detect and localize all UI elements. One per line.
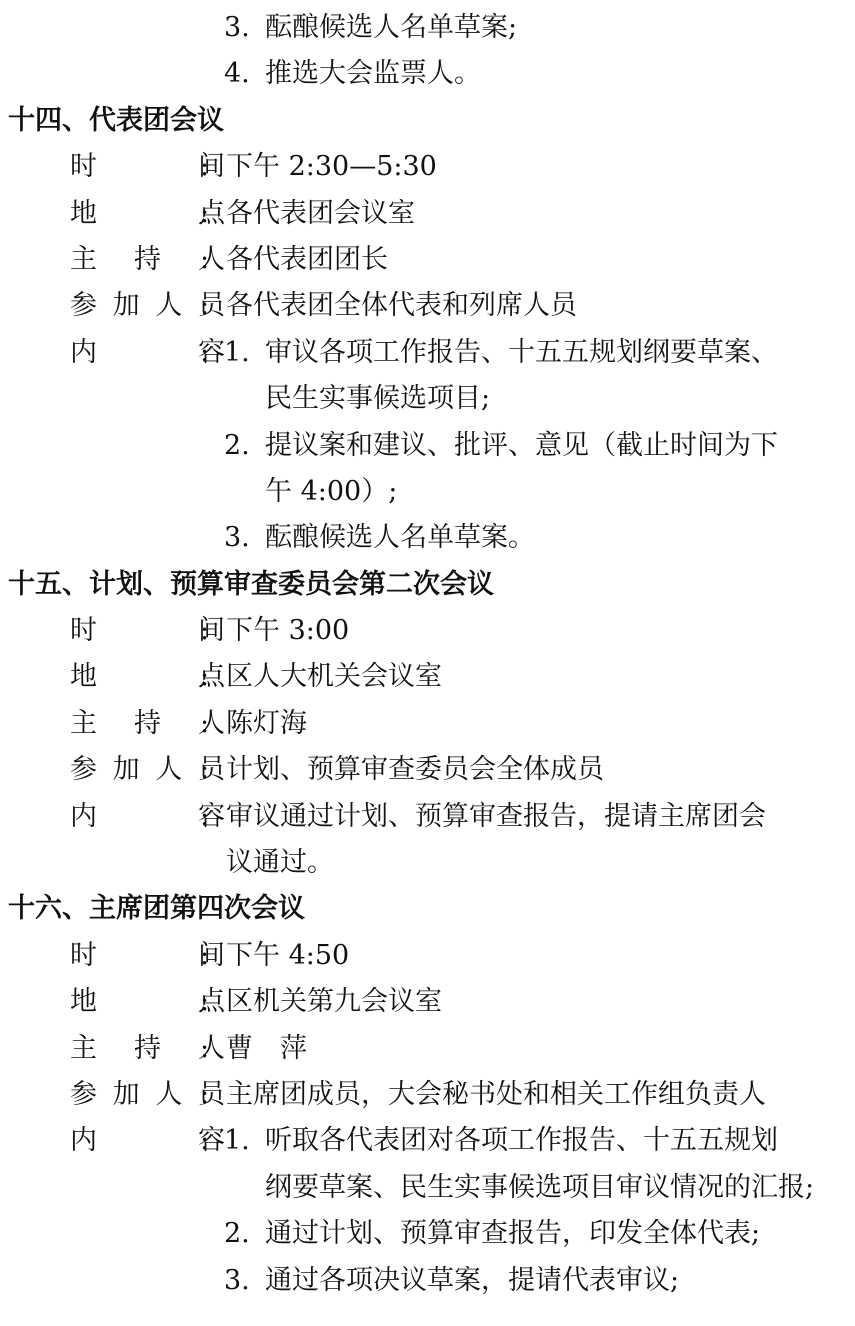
field-host: 主持人 : 各代表团团长 xyxy=(0,237,855,283)
field-attendees: 参加人员 : 各代表团全体代表和列席人员 xyxy=(0,283,855,329)
item-text: 民生实事候选项目; xyxy=(265,376,490,422)
item-number: 1. xyxy=(224,1118,250,1164)
item-number: 4. xyxy=(224,51,250,97)
item-text: 午 4:00）; xyxy=(265,469,397,515)
field-attendees: 参加人员 : 主席团成员，大会秘书处和相关工作组负责人 xyxy=(0,1072,855,1118)
item-text: 纲要草案、民生实事候选项目审议情况的汇报; xyxy=(265,1165,814,1211)
field-attendees: 参加人员 : 计划、预算审查委员会全体成员 xyxy=(0,747,855,793)
list-item-continuation: 民生实事候选项目; xyxy=(0,376,855,422)
time-value: 下午 3:00 xyxy=(226,608,349,654)
item-text: 审议各项工作报告、十五五规划纲要草案、 xyxy=(265,330,778,376)
list-item-continuation: 纲要草案、民生实事候选项目审议情况的汇报; xyxy=(0,1165,855,1211)
time-value: 下午 2:30—5:30 xyxy=(226,144,437,190)
field-place: 地点 : 区机关第九会议室 xyxy=(0,979,855,1025)
host-value: 曹 萍 xyxy=(226,1026,307,1072)
list-item: 2. 提议案和建议、批评、意见（截止时间为下 xyxy=(0,423,855,469)
list-item: 4. 推选大会监票人。 xyxy=(0,51,855,97)
section-heading: 十四、代表团会议 xyxy=(0,98,855,144)
attendees-value: 计划、预算审查委员会全体成员 xyxy=(226,747,604,793)
place-value: 各代表团会议室 xyxy=(226,191,415,237)
item-number: 3. xyxy=(224,515,250,561)
place-value: 区人大机关会议室 xyxy=(226,654,442,700)
item-text: 通过各项决议草案，提请代表审议; xyxy=(265,1258,679,1304)
document-page: 3. 酝酿候选人名单草案; 4. 推选大会监票人。 十四、代表团会议 时间 : … xyxy=(0,5,855,1304)
item-number: 1. xyxy=(224,330,250,376)
place-value: 区机关第九会议室 xyxy=(226,979,442,1025)
list-item: 3. 酝酿候选人名单草案。 xyxy=(0,515,855,561)
item-text: 通过计划、预算审查报告，印发全体代表; xyxy=(265,1211,760,1257)
list-item: 3. 酝酿候选人名单草案; xyxy=(0,5,855,51)
host-value: 各代表团团长 xyxy=(226,237,388,283)
item-text: 提议案和建议、批评、意见（截止时间为下 xyxy=(265,423,778,469)
field-time: 时间 : 下午 3:00 xyxy=(0,608,855,654)
attendees-value: 主席团成员，大会秘书处和相关工作组负责人 xyxy=(226,1072,766,1118)
item-text: 推选大会监票人。 xyxy=(265,51,481,97)
item-number: 2. xyxy=(224,423,250,469)
content-continuation: 议通过。 xyxy=(0,840,855,886)
item-text: 听取各代表团对各项工作报告、十五五规划 xyxy=(265,1118,778,1164)
item-number: 3. xyxy=(224,1258,250,1304)
field-host: 主持人 : 陈灯海 xyxy=(0,701,855,747)
content-value: 审议通过计划、预算审查报告，提请主席团会 xyxy=(226,794,766,840)
item-text: 酝酿候选人名单草案; xyxy=(265,5,517,51)
list-item: 2. 通过计划、预算审查报告，印发全体代表; xyxy=(0,1211,855,1257)
host-value: 陈灯海 xyxy=(226,701,307,747)
field-place: 地点 : 各代表团会议室 xyxy=(0,191,855,237)
field-content: 内容 : 审议通过计划、预算审查报告，提请主席团会 xyxy=(0,794,855,840)
item-text: 酝酿候选人名单草案。 xyxy=(265,515,535,561)
section-heading: 十六、主席团第四次会议 xyxy=(0,886,855,932)
list-item-continuation: 午 4:00）; xyxy=(0,469,855,515)
section-heading: 十五、计划、预算审查委员会第二次会议 xyxy=(0,562,855,608)
field-content: 内容 : 1. 听取各代表团对各项工作报告、十五五规划 xyxy=(0,1118,855,1164)
list-item: 3. 通过各项决议草案，提请代表审议; xyxy=(0,1258,855,1304)
content-value: 议通过。 xyxy=(226,840,334,886)
field-time: 时间 : 下午 4:50 xyxy=(0,933,855,979)
field-host: 主持人 : 曹 萍 xyxy=(0,1026,855,1072)
item-number: 2. xyxy=(224,1211,250,1257)
time-value: 下午 4:50 xyxy=(226,933,349,979)
field-place: 地点 : 区人大机关会议室 xyxy=(0,654,855,700)
attendees-value: 各代表团全体代表和列席人员 xyxy=(226,283,577,329)
field-content: 内容 : 1. 审议各项工作报告、十五五规划纲要草案、 xyxy=(0,330,855,376)
item-number: 3. xyxy=(224,5,250,51)
field-time: 时间 : 下午 2:30—5:30 xyxy=(0,144,855,190)
